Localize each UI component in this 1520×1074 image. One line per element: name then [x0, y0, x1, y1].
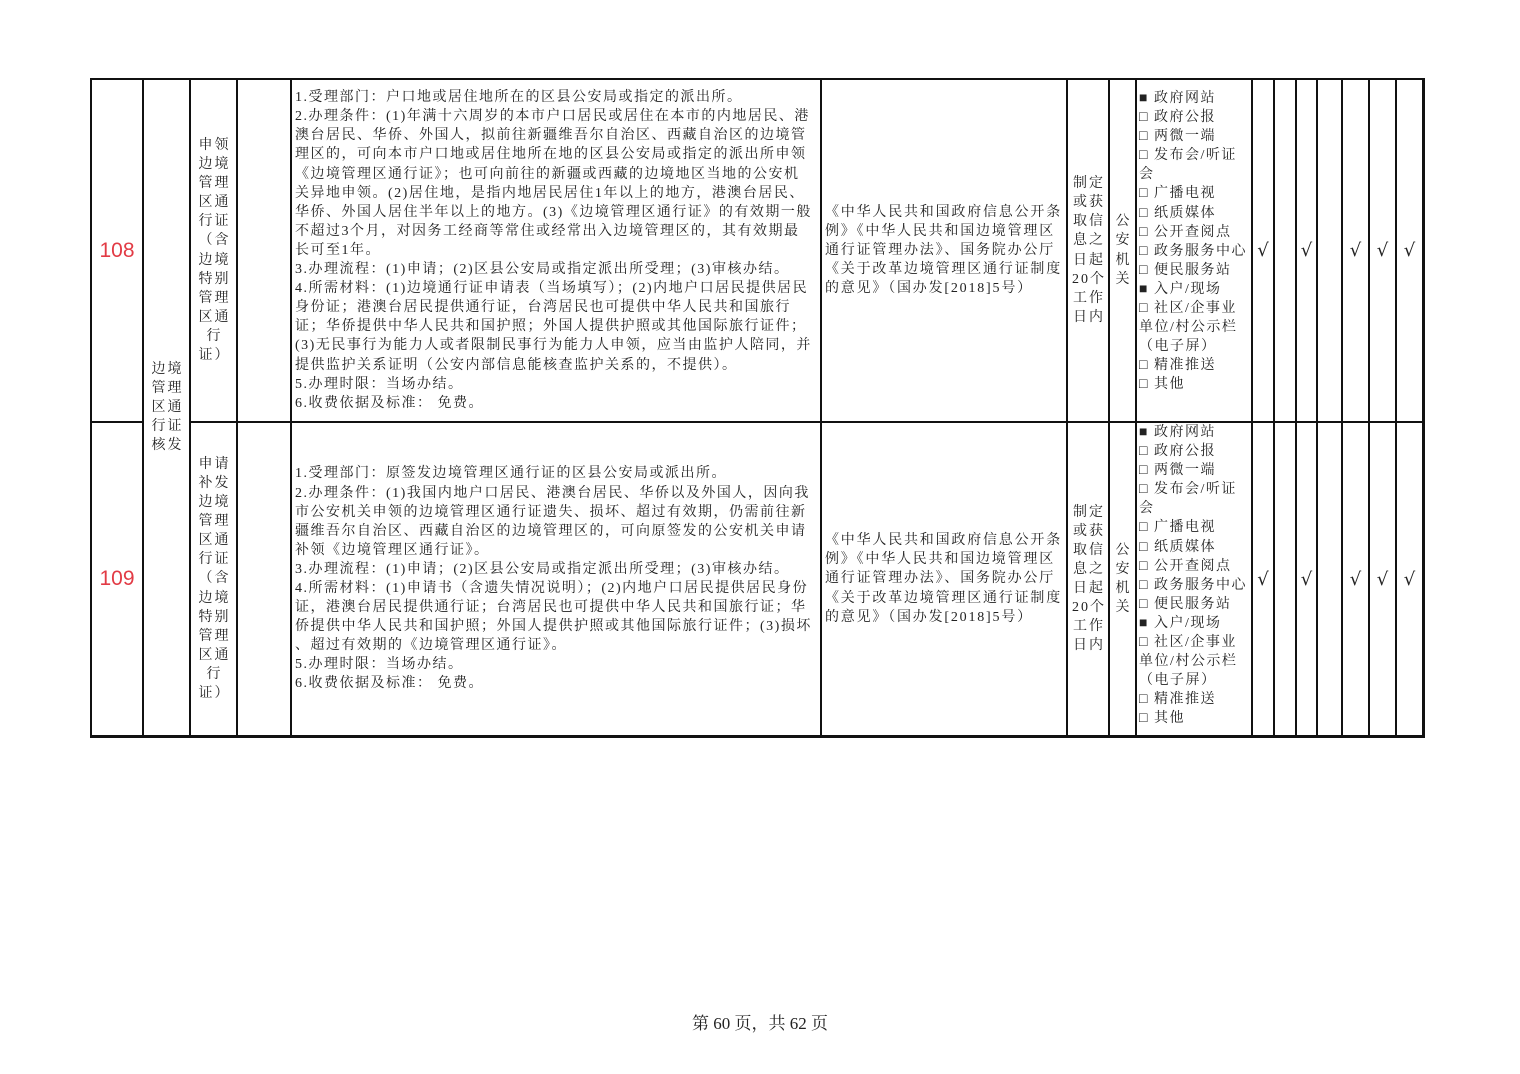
legal-basis-line: 《关于改革边境管理区通行证制度 — [825, 260, 1066, 279]
sub-item-cell — [238, 80, 292, 423]
time-limit-line: 取信 — [1071, 212, 1105, 231]
time-limit-line: 20个 — [1070, 598, 1106, 617]
channel-option-service-station: □便民服务站 — [1139, 595, 1251, 614]
content-line: 关异地申领。(2)居住地，是指内地居民居住1年以上的地方，港澳台居民、 — [295, 184, 820, 203]
content-line: 1.受理部门：户口地或居住地所在的区县公安局或指定的派出所。 — [295, 88, 820, 107]
checkbox-empty-icon: □ — [1139, 299, 1154, 318]
checkbox-empty-icon: □ — [1139, 595, 1154, 614]
check-cell — [1318, 423, 1343, 737]
item-name-line: 管理 — [197, 512, 231, 531]
checkbox-empty-icon: □ — [1139, 480, 1154, 499]
responsible-subject-cell: 公 安 机 关 — [1110, 80, 1137, 423]
check-cell: √ — [1370, 80, 1397, 423]
item-number-text: 109 — [99, 567, 134, 591]
content-line: 2.办理条件：(1)我国内地户口居民、港澳台居民、华侨以及外国人，因向我 — [295, 484, 820, 503]
channel-option-broadcast-tv: □广播电视 — [1139, 184, 1251, 203]
channel-label: 纸质媒体 — [1154, 206, 1216, 221]
item-number-text: 108 — [99, 239, 134, 263]
channel-option-weibo-wechat-app: □两微一端 — [1139, 127, 1251, 146]
content-line: 证；华侨提供中华人民共和国护照；外国人提供护照或其他国际旅行证件； — [295, 317, 820, 336]
item-name-line: 特别 — [197, 270, 231, 289]
item-number: 108 — [92, 80, 144, 423]
checkmark-icon: √ — [1257, 569, 1268, 590]
content-line: 3.办理流程：(1)申请；(2)区县公安局或指定派出所受理；(3)审核办结。 — [295, 560, 820, 579]
checkmark-icon: √ — [1377, 569, 1388, 590]
group-label-line: 管理 — [150, 379, 184, 398]
channel-label-continued: 单位/村公示栏 — [1139, 652, 1251, 671]
time-limit-cell: 制定 或获 取信 息之 日起 20个 工作 日内 — [1068, 423, 1110, 737]
subject-line: 安 — [1114, 231, 1132, 250]
channel-option-press-hearing: □发布会/听证会 — [1139, 146, 1251, 184]
item-name-cell: 申领 边境 管理 区通 行证 （含 边境 特别 管理 区通 行 证） — [191, 80, 238, 423]
content-line: 4.所需材料：(1)边境通行证申请表（当场填写）；(2)内地户口居民提供居民 — [295, 279, 820, 298]
time-limit-line: 息之 — [1071, 560, 1105, 579]
time-limit-line: 日起 — [1071, 579, 1105, 598]
channel-option-service-center: □政务服务中心 — [1139, 242, 1251, 261]
checkbox-empty-icon: □ — [1139, 204, 1154, 223]
item-name-line: 补发 — [197, 474, 231, 493]
channel-label: 入户/现场 — [1154, 282, 1221, 297]
channel-option-print-media: □纸质媒体 — [1139, 204, 1251, 223]
checkbox-empty-icon: □ — [1139, 356, 1154, 375]
channel-option-print-media: □纸质媒体 — [1139, 538, 1251, 557]
channel-option-broadcast-tv: □广播电视 — [1139, 518, 1251, 537]
legal-basis-line: 例》《中华人民共和国边境管理区 — [825, 550, 1066, 569]
checkbox-filled-icon: ■ — [1139, 280, 1154, 299]
checkbox-empty-icon: □ — [1139, 223, 1154, 242]
channel-label-continued: 会 — [1139, 499, 1251, 518]
channel-option-gov-gazette: □政府公报 — [1139, 108, 1251, 127]
legal-basis-line: 例》《中华人民共和国边境管理区 — [825, 222, 1066, 241]
item-name-line: 区通 — [197, 646, 231, 665]
channel-option-public-reading-point: □公开查阅点 — [1139, 557, 1251, 576]
legal-basis-line: 通行证管理办法》、国务院办公厅 — [825, 569, 1066, 588]
content-line: 华侨、外国人居住半年以上的地方。(3)《边境管理区通行证》的有效期一般 — [295, 203, 820, 222]
checkmark-icon: √ — [1350, 569, 1361, 590]
check-cell: √ — [1253, 80, 1275, 423]
item-number: 109 — [92, 423, 144, 737]
content-line: 市公安机关申领的边境管理区通行证遗失、损坏、超过有效期，仍需前往新 — [295, 503, 820, 522]
channel-option-press-hearing: □发布会/听证会 — [1139, 480, 1251, 518]
legal-basis-line: 通行证管理办法》、国务院办公厅 — [825, 241, 1066, 260]
legal-basis-line: 《中华人民共和国政府信息公开条 — [825, 531, 1066, 550]
channel-label: 社区/企事业 — [1154, 635, 1237, 650]
content-line: 4.所需材料：(1)申请书（含遗失情况说明）；(2)内地户口居民提供居民身份 — [295, 579, 820, 598]
checkbox-empty-icon: □ — [1139, 518, 1154, 537]
sub-item-cell — [238, 423, 292, 737]
checkbox-empty-icon: □ — [1139, 146, 1154, 165]
content-line: 5.办理时限：当场办结。 — [295, 655, 820, 674]
item-name-line: 申请 — [197, 455, 231, 474]
content-line: (3)无民事行为能力人或者限制民事行为能力人申领，应当由监护人陪同，并 — [295, 336, 820, 355]
check-cell: √ — [1343, 423, 1370, 737]
channel-label: 精准推送 — [1154, 692, 1216, 707]
service-content-cell: 1.受理部门：原签发边境管理区通行证的区县公安局或派出所。 2.办理条件：(1)… — [292, 423, 822, 737]
channel-label: 广播电视 — [1154, 520, 1216, 535]
legal-basis-line: 的意见》（国办发[2018]5号） — [825, 608, 1066, 627]
group-label-line: 核发 — [150, 436, 184, 455]
item-name-line: 边境 — [197, 589, 231, 608]
content-line: 提供监护关系证明（公安内部信息能核查监护关系的，不提供）。 — [295, 356, 820, 375]
content-line: 侨提供中华人民共和国护照；外国人提供护照或其他国际旅行证件；(3)损坏 — [295, 617, 820, 636]
channel-option-service-station: □便民服务站 — [1139, 261, 1251, 280]
channel-option-bulletin-board: □社区/企事业单位/村公示栏（电子屏） — [1139, 633, 1251, 690]
checkbox-empty-icon: □ — [1139, 709, 1154, 728]
content-line: 《边境管理区通行证》；也可向前往的新疆或西藏的边境地区当地的公安机 — [295, 165, 820, 184]
channel-label: 入户/现场 — [1154, 616, 1221, 631]
check-cell: √ — [1253, 423, 1275, 737]
legal-basis-line: 《关于改革边境管理区通行证制度 — [825, 589, 1066, 608]
item-name-line: 区通 — [197, 193, 231, 212]
legal-basis-cell: 《中华人民共和国政府信息公开条 例》《中华人民共和国边境管理区 通行证管理办法》… — [822, 80, 1068, 423]
item-name-line: （含 — [197, 569, 231, 588]
check-cell: √ — [1397, 80, 1424, 423]
subject-line: 关 — [1114, 598, 1132, 617]
subject-line: 安 — [1114, 560, 1132, 579]
item-name-line: 行证 — [197, 550, 231, 569]
channel-label: 发布会/听证 — [1154, 148, 1237, 163]
checkbox-empty-icon: □ — [1139, 442, 1154, 461]
channel-option-service-center: □政务服务中心 — [1139, 576, 1251, 595]
group-label-line: 边境 — [150, 360, 184, 379]
content-line: 6.收费依据及标准： 免费。 — [295, 674, 820, 693]
checkmark-icon: √ — [1377, 240, 1388, 261]
subject-line: 关 — [1114, 270, 1132, 289]
checkbox-empty-icon: □ — [1139, 242, 1154, 261]
time-limit-line: 日内 — [1071, 636, 1105, 655]
content-line: 理区的，可向本市户口地或居住地所在地的区县公安局或指定的派出所申领 — [295, 145, 820, 164]
channel-option-other: □其他 — [1139, 709, 1251, 728]
group-label-line: 区通 — [150, 398, 184, 417]
checkbox-empty-icon: □ — [1139, 261, 1154, 280]
item-name-line: 证） — [197, 684, 231, 703]
content-line: 、超过有效期的《边境管理区通行证》。 — [295, 636, 820, 655]
channel-option-bulletin-board: □社区/企事业单位/村公示栏（电子屏） — [1139, 299, 1251, 356]
item-name-line: 区通 — [197, 308, 231, 327]
checkbox-empty-icon: □ — [1139, 690, 1154, 709]
channel-label: 政府公报 — [1154, 444, 1216, 459]
content-line: 证，港澳台居民提供通行证；台湾居民也可提供中华人民共和国旅行证；华 — [295, 598, 820, 617]
check-cell: √ — [1297, 80, 1318, 423]
checkbox-empty-icon: □ — [1139, 538, 1154, 557]
channel-label: 广播电视 — [1154, 186, 1216, 201]
channel-label: 便民服务站 — [1154, 263, 1232, 278]
channel-label: 两微一端 — [1154, 129, 1216, 144]
time-limit-line: 工作 — [1071, 617, 1105, 636]
time-limit-line: 制定 — [1071, 174, 1105, 193]
content-line: 疆维吾尔自治区、西藏自治区的边境管理区的，可向原签发的公安机关申请 — [295, 522, 820, 541]
time-limit-line: 工作 — [1071, 289, 1105, 308]
item-name-cell: 申请 补发 边境 管理 区通 行证 （含 边境 特别 管理 区通 行 证） — [191, 423, 238, 737]
subject-line: 机 — [1114, 251, 1132, 270]
channel-option-precise-push: □精准推送 — [1139, 356, 1251, 375]
checkmark-icon: √ — [1404, 569, 1415, 590]
channel-label: 政府网站 — [1154, 91, 1216, 106]
checkbox-filled-icon: ■ — [1139, 423, 1154, 442]
channel-option-weibo-wechat-app: □两微一端 — [1139, 461, 1251, 480]
time-limit-line: 20个 — [1070, 270, 1106, 289]
checkbox-empty-icon: □ — [1139, 576, 1154, 595]
item-name-line: 特别 — [197, 608, 231, 627]
content-line: 长可至1年。 — [295, 241, 820, 260]
channel-label-continued: （电子屏） — [1139, 337, 1251, 356]
check-cell — [1318, 80, 1343, 423]
content-line: 身份证；港澳台居民提供通行证，台湾居民也可提供中华人民共和国旅行 — [295, 298, 820, 317]
item-name-line: 行 — [205, 665, 223, 684]
checkbox-empty-icon: □ — [1139, 127, 1154, 146]
channel-option-public-reading-point: □公开查阅点 — [1139, 223, 1251, 242]
legal-basis-line: 《中华人民共和国政府信息公开条 — [825, 203, 1066, 222]
time-limit-line: 息之 — [1071, 231, 1105, 250]
channel-label-continued: （电子屏） — [1139, 671, 1251, 690]
checkbox-empty-icon: □ — [1139, 184, 1154, 203]
time-limit-line: 日内 — [1071, 308, 1105, 327]
group-label-cell: 边境 管理 区通 行证 核发 — [144, 80, 191, 737]
item-name-line: 边境 — [197, 251, 231, 270]
item-name-line: 行 — [205, 327, 223, 346]
item-name-line: （含 — [197, 231, 231, 250]
item-name-line: 边境 — [197, 155, 231, 174]
channel-option-on-site: ■入户/现场 — [1139, 614, 1251, 633]
channel-option-on-site: ■入户/现场 — [1139, 280, 1251, 299]
check-cell: √ — [1297, 423, 1318, 737]
publish-channels-cell: ■政府网站 □政府公报 □两微一端 □发布会/听证会 □广播电视 □纸质媒体 □… — [1137, 423, 1253, 737]
responsible-subject-cell: 公 安 机 关 — [1110, 423, 1137, 737]
channel-label: 政府公报 — [1154, 110, 1216, 125]
time-limit-line: 日起 — [1071, 251, 1105, 270]
time-limit-line: 或获 — [1071, 522, 1105, 541]
content-line: 5.办理时限：当场办结。 — [295, 375, 820, 394]
checkbox-empty-icon: □ — [1139, 375, 1154, 394]
channel-label: 政务服务中心 — [1154, 244, 1247, 259]
subject-line: 公 — [1114, 212, 1132, 231]
channel-label: 其他 — [1154, 711, 1185, 726]
content-line: 3.办理流程：(1)申请；(2)区县公安局或指定派出所受理；(3)审核办结。 — [295, 260, 820, 279]
checkbox-empty-icon: □ — [1139, 557, 1154, 576]
channel-label: 发布会/听证 — [1154, 482, 1237, 497]
channel-option-other: □其他 — [1139, 375, 1251, 394]
publish-channels-cell: ■政府网站 □政府公报 □两微一端 □发布会/听证会 □广播电视 □纸质媒体 □… — [1137, 80, 1253, 423]
check-cell: √ — [1397, 423, 1424, 737]
group-label-line: 行证 — [150, 417, 184, 436]
channel-option-gov-website: ■政府网站 — [1139, 423, 1251, 442]
legal-basis-line: 的意见》（国办发[2018]5号） — [825, 279, 1066, 298]
channel-label: 政务服务中心 — [1154, 578, 1247, 593]
content-line: 补领《边境管理区通行证》。 — [295, 541, 820, 560]
time-limit-line: 制定 — [1071, 503, 1105, 522]
time-limit-line: 取信 — [1071, 541, 1105, 560]
subject-line: 机 — [1114, 579, 1132, 598]
checkmark-icon: √ — [1350, 240, 1361, 261]
legal-basis-cell: 《中华人民共和国政府信息公开条 例》《中华人民共和国边境管理区 通行证管理办法》… — [822, 423, 1068, 737]
item-name-line: 管理 — [197, 289, 231, 308]
channel-option-gov-gazette: □政府公报 — [1139, 442, 1251, 461]
channel-label: 精准推送 — [1154, 358, 1216, 373]
content-line: 6.收费依据及标准： 免费。 — [295, 394, 820, 413]
check-cell — [1275, 80, 1297, 423]
checkmark-icon: √ — [1301, 569, 1312, 590]
channel-label: 公开查阅点 — [1154, 225, 1232, 240]
channel-label: 便民服务站 — [1154, 597, 1232, 612]
time-limit-cell: 制定 或获 取信 息之 日起 20个 工作 日内 — [1068, 80, 1110, 423]
checkbox-empty-icon: □ — [1139, 108, 1154, 127]
time-limit-line: 或获 — [1071, 193, 1105, 212]
item-name-line: 边境 — [197, 493, 231, 512]
page-number-footer: 第 60 页，共 62 页 — [0, 1013, 1520, 1035]
check-cell — [1275, 423, 1297, 737]
content-line: 1.受理部门：原签发边境管理区通行证的区县公安局或派出所。 — [295, 464, 820, 483]
channel-label: 公开查阅点 — [1154, 559, 1232, 574]
checkbox-filled-icon: ■ — [1139, 614, 1154, 633]
channel-label: 政府网站 — [1154, 425, 1216, 440]
checkmark-icon: √ — [1301, 240, 1312, 261]
channel-label-continued: 单位/村公示栏 — [1139, 318, 1251, 337]
subject-line: 公 — [1114, 541, 1132, 560]
service-content-cell: 1.受理部门：户口地或居住地所在的区县公安局或指定的派出所。 2.办理条件：(1… — [292, 80, 822, 423]
content-line: 不超过3个月，对因务工经商等常住或经常出入边境管理区的，其有效期最 — [295, 222, 820, 241]
item-name-line: 行证 — [197, 212, 231, 231]
channel-label-continued: 会 — [1139, 165, 1251, 184]
checkmark-icon: √ — [1257, 240, 1268, 261]
checkbox-empty-icon: □ — [1139, 633, 1154, 652]
check-cell: √ — [1343, 80, 1370, 423]
content-line: 2.办理条件：(1)年满十六周岁的本市户口居民或居住在本市的内地居民、港 — [295, 107, 820, 126]
item-name-line: 证） — [197, 346, 231, 365]
channel-label: 两微一端 — [1154, 463, 1216, 478]
checkmark-icon: √ — [1404, 240, 1415, 261]
item-name-line: 管理 — [197, 174, 231, 193]
channel-option-precise-push: □精准推送 — [1139, 690, 1251, 709]
channel-label: 社区/企事业 — [1154, 301, 1237, 316]
item-name-line: 申领 — [197, 136, 231, 155]
item-name-line: 管理 — [197, 627, 231, 646]
checkbox-filled-icon: ■ — [1139, 89, 1154, 108]
channel-option-gov-website: ■政府网站 — [1139, 89, 1251, 108]
checkbox-empty-icon: □ — [1139, 461, 1154, 480]
channel-label: 其他 — [1154, 377, 1185, 392]
channel-label: 纸质媒体 — [1154, 540, 1216, 555]
content-line: 澳台居民、华侨、外国人，拟前往新疆维吾尔自治区、西藏自治区的边境管 — [295, 126, 820, 145]
check-cell: √ — [1370, 423, 1397, 737]
item-name-line: 区通 — [197, 531, 231, 550]
